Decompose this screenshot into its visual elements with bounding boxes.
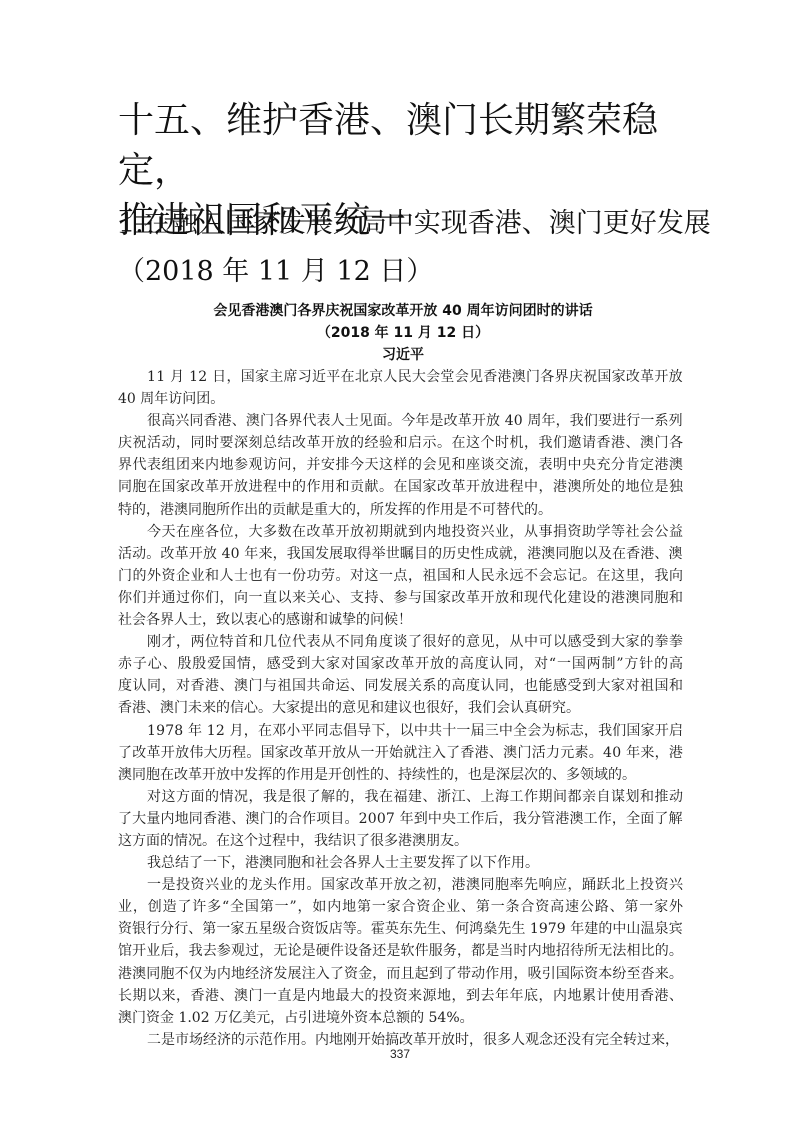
paragraph: 一是投资兴业的龙头作用。国家改革开放之初，港澳同胞率先响应，踊跃北上投资兴业，创…: [118, 874, 683, 1029]
speech-body: 11 月 12 日，国家主席习近平在北京人民大会堂会见香港澳门各界庆祝国家改革开…: [118, 366, 683, 1051]
paragraph-line: 很高兴同香港、澳门各界代表人士见面。今年是改革开放 40 周年，我们要进行一系列: [118, 410, 683, 432]
speech-author: 习近平: [118, 344, 688, 366]
paragraph-line: 对这方面的情况，我是很了解的，我在福建、浙江、上海工作期间都亲自谋划和推动: [118, 786, 683, 808]
section-heading-date: （2018 年 11 月 12 日）: [118, 248, 718, 296]
paragraph-line: 特的，港澳同胞所作出的贡献是重大的，所发挥的作用是不可替代的。: [118, 499, 683, 521]
paragraph-line: 资银行分行、第一家五星级合资饭店等。霍英东先生、何鸿燊先生 1979 年建的中山…: [118, 918, 683, 940]
paragraph: 对这方面的情况，我是很了解的，我在福建、浙江、上海工作期间都亲自谋划和推动了大量…: [118, 786, 683, 852]
paragraph-line: 澳同胞在改革开放中发挥的作用是开创性的、持续性的，也是深层次的、多领域的。: [118, 764, 683, 786]
paragraph-line: 活动。改革开放 40 年来，我国发展取得举世瞩目的历史性成就，港澳同胞以及在香港…: [118, 543, 683, 565]
paragraph-line: 度认同，对香港、澳门与祖国共命运、同发展关系的高度认同，也能感受到大家对祖国和: [118, 675, 683, 697]
paragraph: 我总结了一下，港澳同胞和社会各界人士主要发挥了以下作用。: [118, 852, 683, 874]
section-heading: 1.在融入国家发展大局中实现香港、澳门更好发展 （2018 年 11 月 12 …: [118, 200, 718, 296]
paragraph-line: 了大量内地同香港、澳门的合作项目。2007 年到中央工作后，我分管港澳工作，全面…: [118, 808, 683, 830]
paragraph-line: 赤子心、殷殷爱国情，感受到大家对国家改革开放的高度认同，对“一国两制”方针的高: [118, 653, 683, 675]
paragraph-line: 门的外资企业和人士也有一份功劳。对这一点，祖国和人民永远不会忘记。在这里，我向: [118, 565, 683, 587]
paragraph-line: 长期以来，香港、澳门一直是内地最大的投资来源地，到去年年底，内地累计使用香港、: [118, 985, 683, 1007]
paragraph-line: 刚才，两位特首和几位代表从不同角度谈了很好的意见，从中可以感受到大家的拳拳: [118, 631, 683, 653]
paragraph-line: 同胞在国家改革开放进程中的作用和贡献。在国家改革开放进程中，港澳所处的地位是独: [118, 476, 683, 498]
speech-date: （2018 年 11 月 12 日）: [118, 322, 688, 344]
paragraph-line: 11 月 12 日，国家主席习近平在北京人民大会堂会见香港澳门各界庆祝国家改革开…: [118, 366, 683, 388]
paragraph-line: 馆开业后，我去参观过，无论是硬件设备还是软件服务，都是当时内地招待所无法相比的。: [118, 940, 683, 962]
paragraph-line: 你们并通过你们，向一直以来关心、支持、参与国家改革开放和现代化建设的港澳同胞和: [118, 587, 683, 609]
paragraph: 今天在座各位，大多数在改革开放初期就到内地投资兴业，从事捐资助学等社会公益活动。…: [118, 521, 683, 631]
paragraph: 很高兴同香港、澳门各界代表人士见面。今年是改革开放 40 周年，我们要进行一系列…: [118, 410, 683, 520]
section-heading-title: 1.在融入国家发展大局中实现香港、澳门更好发展: [118, 200, 718, 248]
chapter-heading-line: 十五、维护香港、澳门长期繁荣稳定，: [118, 96, 718, 196]
paragraph-line: 业，创造了许多“全国第一”，如内地第一家合资企业、第一条合资高速公路、第一家外: [118, 896, 683, 918]
paragraph-line: 香港、澳门未来的信心。大家提出的意见和建议也很好，我们会认真研究。: [118, 697, 683, 719]
paragraph: 1978 年 12 月，在邓小平同志倡导下，以中共十一届三中全会为标志，我们国家…: [118, 720, 683, 786]
page-number: 337: [0, 1047, 800, 1061]
paragraph: 11 月 12 日，国家主席习近平在北京人民大会堂会见香港澳门各界庆祝国家改革开…: [118, 366, 683, 410]
speech-title: 会见香港澳门各界庆祝国家改革开放 40 周年访问团时的讲话: [118, 300, 688, 322]
paragraph-line: 澳门资金 1.02 万亿美元，占引进境外资本总额的 54%。: [118, 1007, 683, 1029]
paragraph-line: 我总结了一下，港澳同胞和社会各界人士主要发挥了以下作用。: [118, 852, 683, 874]
paragraph-line: 40 周年访问团。: [118, 388, 683, 410]
paragraph-line: 今天在座各位，大多数在改革开放初期就到内地投资兴业，从事捐资助学等社会公益: [118, 521, 683, 543]
paragraph-line: 了改革开放伟大历程。国家改革开放从一开始就注入了香港、澳门活力元素。40 年来，…: [118, 742, 683, 764]
paragraph-line: 港澳同胞不仅为内地经济发展注入了资金，而且起到了带动作用，吸引国际资本纷至沓来。: [118, 963, 683, 985]
document-page: 十五、维护香港、澳门长期繁荣稳定， 推进祖国和平统一 1.在融入国家发展大局中实…: [0, 0, 800, 1133]
paragraph-line: 一是投资兴业的龙头作用。国家改革开放之初，港澳同胞率先响应，踊跃北上投资兴: [118, 874, 683, 896]
paragraph: 刚才，两位特首和几位代表从不同角度谈了很好的意见，从中可以感受到大家的拳拳赤子心…: [118, 631, 683, 719]
paragraph-line: 界代表组团来内地参观访问，并安排今天这样的会见和座谈交流，表明中央充分肯定港澳: [118, 454, 683, 476]
paragraph-line: 社会各界人士，致以衷心的感谢和诚挚的问候！: [118, 609, 683, 631]
speech-header: 会见香港澳门各界庆祝国家改革开放 40 周年访问团时的讲话 （2018 年 11…: [118, 300, 688, 366]
paragraph-line: 这方面的情况。在这个过程中，我结识了很多港澳朋友。: [118, 830, 683, 852]
paragraph-line: 1978 年 12 月，在邓小平同志倡导下，以中共十一届三中全会为标志，我们国家…: [118, 720, 683, 742]
paragraph-line: 庆祝活动，同时要深刻总结改革开放的经验和启示。在这个时机，我们邀请香港、澳门各: [118, 432, 683, 454]
